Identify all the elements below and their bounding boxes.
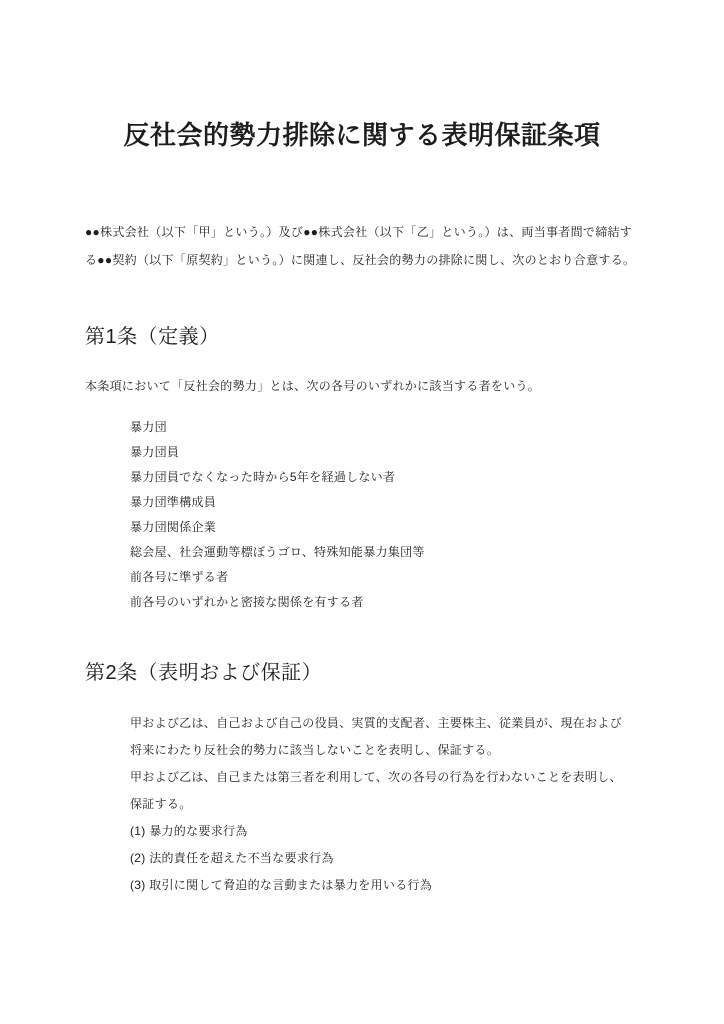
article-2-section: 第2条（表明および保証） 甲および乙は、自己および自己の役員、実質的支配者、主要… (0, 660, 724, 899)
article-2-heading: 第2条（表明および保証） (85, 660, 724, 686)
document-title: 反社会的勢力排除に関する表明保証条項 (0, 118, 724, 152)
definition-item: 暴力団員でなくなった時から5年を経過しない者 (130, 465, 724, 490)
definition-item: 前各号に準ずる者 (130, 565, 724, 590)
definition-list: 暴力団 暴力団員 暴力団員でなくなった時から5年を経過しない者 暴力団準構成員 … (130, 415, 724, 615)
definition-item: 総会屋、社会運動等標ぼうゴロ、特殊知能暴力集団等 (130, 540, 724, 565)
numbered-item: (3) 取引に関して脅迫的な言動または暴力を用いる行為 (130, 872, 630, 899)
article-1-section: 第1条（定義） 本条項において「反社会的勢力」とは、次の各号のいずれかに該当する… (0, 324, 724, 615)
definition-item: 暴力団関係企業 (130, 515, 724, 540)
definition-item: 前各号のいずれかと密接な関係を有する者 (130, 590, 724, 615)
numbered-item: (1) 暴力的な要求行為 (130, 818, 630, 845)
definition-item: 暴力団準構成員 (130, 490, 724, 515)
definition-item: 暴力団員 (130, 440, 724, 465)
intro-paragraph: ●●株式会社（以下「甲」という。）及び●●株式会社（以下「乙」という。）は、両当… (85, 218, 639, 274)
article-2-clauses: 甲および乙は、自己および自己の役員、実質的支配者、主要株主、従業員が、現在および… (130, 710, 630, 899)
numbered-item: (2) 法的責任を超えた不当な要求行為 (130, 845, 630, 872)
article-1-lead: 本条項において「反社会的勢力」とは、次の各号のいずれかに該当する者をいう。 (85, 372, 639, 400)
definition-item: 暴力団 (130, 415, 724, 440)
clause-paragraph: 甲および乙は、自己および自己の役員、実質的支配者、主要株主、従業員が、現在および… (130, 710, 630, 764)
article-1-heading: 第1条（定義） (85, 324, 724, 350)
document-page: 反社会的勢力排除に関する表明保証条項 ●●株式会社（以下「甲」という。）及び●●… (0, 0, 724, 1024)
clause-paragraph: 甲および乙は、自己または第三者を利用して、次の各号の行為を行わないことを表明し、… (130, 764, 630, 818)
